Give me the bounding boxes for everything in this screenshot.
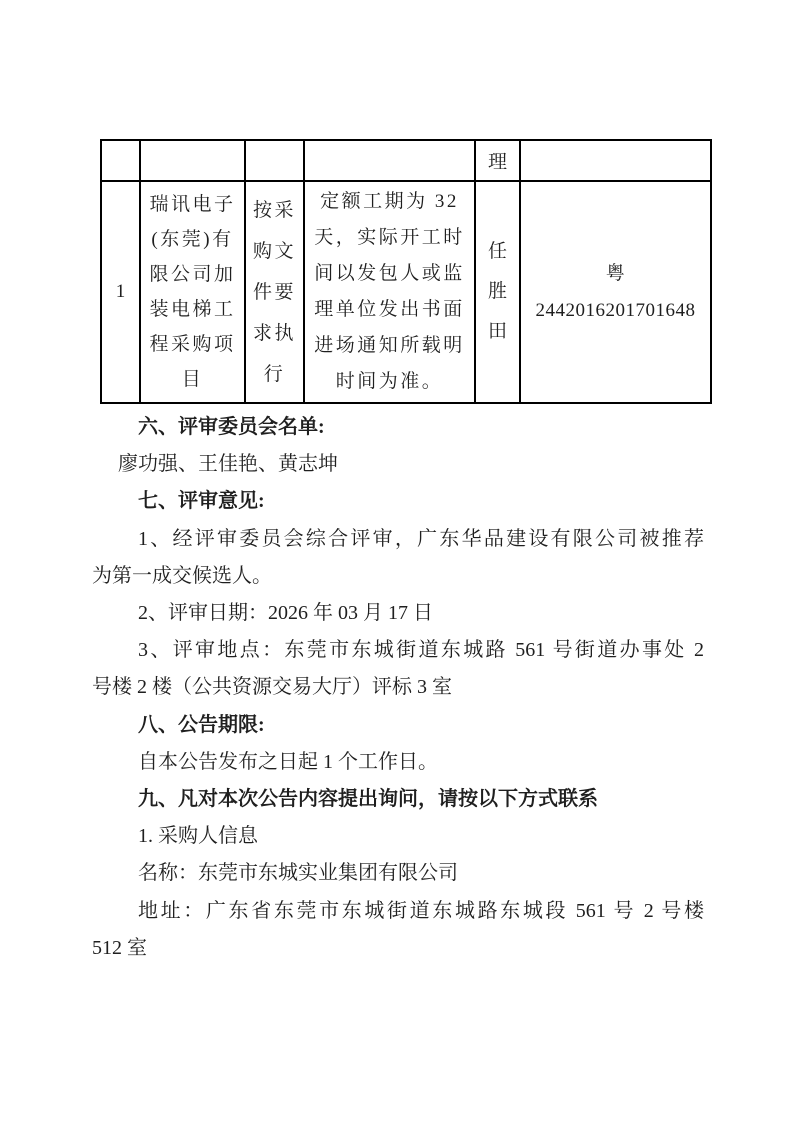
document-line: 地址：广东省东莞市东城街道东城路东城段 561 号 2 号楼 xyxy=(92,893,704,930)
cell-line: 任 xyxy=(476,232,519,272)
header-cell-cert xyxy=(520,140,711,181)
document-line: 512 室 xyxy=(92,930,704,967)
cell-line: 行 xyxy=(246,354,303,395)
cell-line: 进场通知所载明 xyxy=(305,328,474,364)
cell-line: 间以发包人或监 xyxy=(305,256,474,292)
cell-line: 理单位发出书面 xyxy=(305,292,474,328)
cell-project-name: 瑞讯电子(东莞)有限公司加装电梯工程采购项目 xyxy=(140,181,245,403)
cell-work-duration: 定额工期为 32天，实际开工时间以发包人或监理单位发出书面进场通知所载明时间为准… xyxy=(304,181,475,403)
cell-certificate-number: 粤2442016201701648 xyxy=(520,181,711,403)
procurement-result-table: 理 1 瑞讯电子(东莞)有限公司加装电梯工程采购项目 按采购文件要求执行 定额工… xyxy=(100,139,712,404)
cell-line: 时间为准。 xyxy=(305,364,474,400)
cell-line: 瑞讯电子 xyxy=(141,187,244,222)
cell-line: 2442016201701648 xyxy=(521,292,710,329)
document-body: 六、评审委员会名单:廖功强、王佳艳、黄志坤七、评审意见:1、经评审委员会综合评审… xyxy=(92,409,704,967)
document-line: 1、经评审委员会综合评审，广东华品建设有限公司被推荐 xyxy=(92,521,704,558)
cell-line: 田 xyxy=(476,312,519,352)
cell-line: 购文 xyxy=(246,231,303,272)
cell-line: 目 xyxy=(141,362,244,397)
cell-line: 胜 xyxy=(476,272,519,312)
cell-line: 限公司加 xyxy=(141,257,244,292)
document-line: 六、评审委员会名单: xyxy=(92,409,704,446)
cell-line: 定额工期为 32 xyxy=(305,184,474,220)
table-header-row: 理 xyxy=(101,140,711,181)
cell-line: 装电梯工 xyxy=(141,292,244,327)
document-page: 理 1 瑞讯电子(东莞)有限公司加装电梯工程采购项目 按采购文件要求执行 定额工… xyxy=(0,0,793,1122)
cell-supervisor-name: 任胜田 xyxy=(475,181,520,403)
document-line: 为第一成交候选人。 xyxy=(92,558,704,595)
document-line: 自本公告发布之日起 1 个工作日。 xyxy=(92,744,704,781)
document-line: 1. 采购人信息 xyxy=(92,818,704,855)
cell-line: 求执 xyxy=(246,313,303,354)
cell-line: 天，实际开工时 xyxy=(305,220,474,256)
header-cell-exec xyxy=(245,140,304,181)
cell-execution-requirement: 按采购文件要求执行 xyxy=(245,181,304,403)
cell-line: 粤 xyxy=(521,255,710,292)
document-line: 2、评审日期：2026 年 03 月 17 日 xyxy=(92,595,704,632)
header-cell-supervisor: 理 xyxy=(475,140,520,181)
header-cell-seq xyxy=(101,140,140,181)
header-cell-project xyxy=(140,140,245,181)
cell-line: 件要 xyxy=(246,272,303,313)
cell-sequence-number: 1 xyxy=(101,181,140,403)
document-line: 号楼 2 楼（公共资源交易大厅）评标 3 室 xyxy=(92,669,704,706)
cell-line: 程采购项 xyxy=(141,327,244,362)
document-line: 3、评审地点：东莞市东城街道东城路 561 号街道办事处 2 xyxy=(92,632,704,669)
header-cell-duration xyxy=(304,140,475,181)
document-line: 名称：东莞市东城实业集团有限公司 xyxy=(92,855,704,892)
table-row: 1 瑞讯电子(东莞)有限公司加装电梯工程采购项目 按采购文件要求执行 定额工期为… xyxy=(101,181,711,403)
document-line: 八、公告期限: xyxy=(92,707,704,744)
document-line: 廖功强、王佳艳、黄志坤 xyxy=(92,446,704,483)
cell-line: (东莞)有 xyxy=(141,222,244,257)
document-line: 七、评审意见: xyxy=(92,483,704,520)
cell-line: 按采 xyxy=(246,190,303,231)
document-line: 九、凡对本次公告内容提出询问，请按以下方式联系 xyxy=(92,781,704,818)
